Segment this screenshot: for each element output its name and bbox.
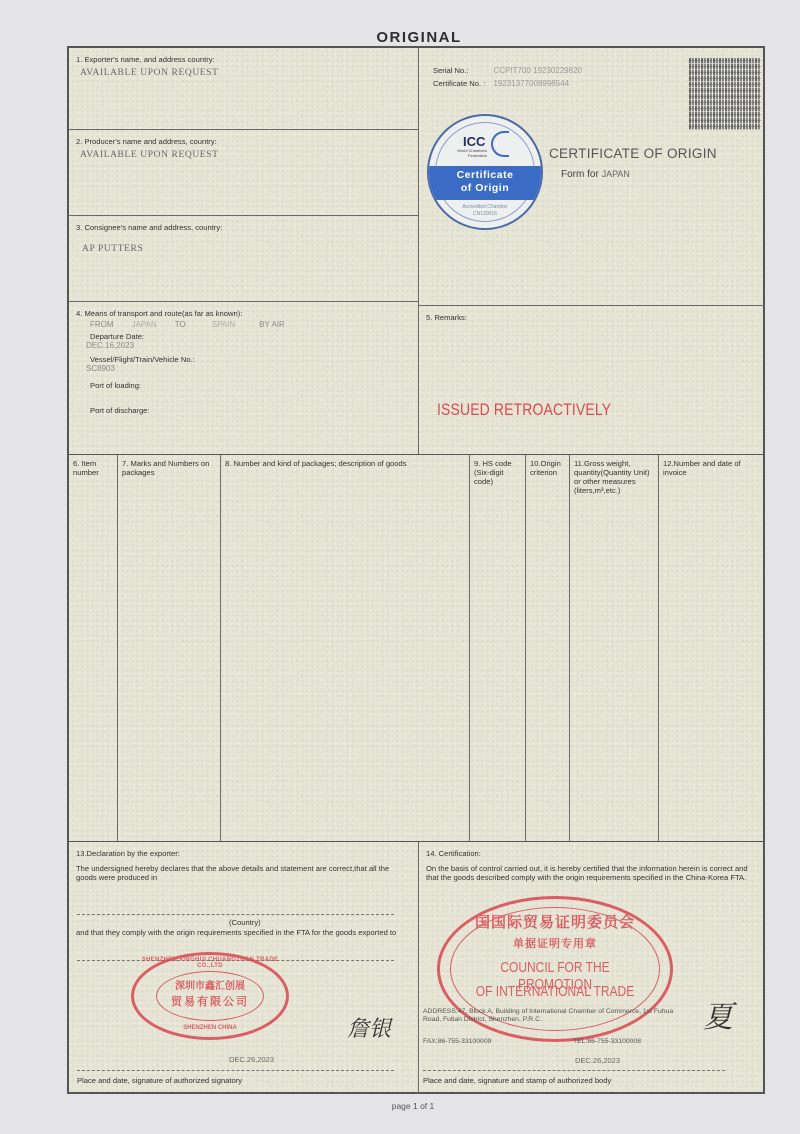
certification-label: 14. Certification: [426,849,759,858]
col-marks: 7. Marks and Numbers on packages [118,455,221,841]
exporter-declaration-box: 13.Declaration by the exporter: The unde… [69,842,419,1094]
certification-signature-line [423,1070,725,1071]
badge-bottom-line2: CN130016 [429,211,541,218]
producer-label: 2. Producer's name and address, country: [76,137,412,146]
exporter-label: 1. Exporter's name, and address country: [76,55,412,64]
vessel-value: SC8903 [86,364,412,373]
issued-retroactively-stamp: ISSUED RETROACTIVELY [437,400,611,420]
cert-no-value: 19231377008998544 [493,79,569,88]
goods-table: 6. Item number 7. Marks and Numbers on p… [69,454,765,842]
departure-label: Departure Date: [90,332,412,341]
ccpit-stamp-en2: OF INTERNATIONAL TRADE [463,983,647,1000]
col-header: 9. HS code (Six-digit code) [474,459,522,486]
vessel-label: Vessel/Flight/Train/Vehicle No.: [90,355,412,364]
company-stamp: SHENZHEN XINGHUI CHUANGZHAN TRADE CO.,LT… [131,952,289,1040]
declaration-text2: and that they comply with the origin req… [76,928,408,937]
declaration-text1: The undersigned hereby declares that the… [76,864,412,882]
to-value: SPAIN [212,320,235,329]
certifier-signature: 夏 [703,992,733,1036]
col-header: 12.Number and date of invoice [663,459,762,477]
col-header: 7. Marks and Numbers on packages [122,459,217,477]
country-label: (Country) [229,918,261,927]
company-stamp-bottom: SHENZHEN CHINA [134,1025,286,1031]
transport-label: 4. Means of transport and route(as far a… [76,309,412,318]
col-item-number: 6. Item number [69,455,118,841]
badge-band-line2: of Origin [429,182,541,195]
ccpit-tel: TEL:86-755-33100008 [573,1038,641,1046]
company-stamp-cn2: 贸易有限公司 [134,993,286,1009]
signature-line [77,1070,394,1071]
form-for-value: JAPAN [602,169,630,179]
exporter-box: 1. Exporter's name, and address country:… [69,48,419,130]
certificate-form: 1. Exporter's name, and address country:… [67,46,765,1094]
col-header: 10.Origin criterion [530,459,566,477]
consignee-box: 3. Consignee's name and address, country… [69,216,419,302]
col-header: 8. Number and kind of packages; descript… [225,459,466,468]
declaration-date: DEC.26,2023 [229,1055,274,1064]
col-invoice: 12.Number and date of invoice [659,455,765,841]
ccpit-address: ADDRESS:47, Block A, Building of Interna… [423,1008,679,1024]
declaration-footer-label: Place and date, signature of authorized … [77,1076,242,1085]
certification-text: On the basis of control carried out, it … [426,864,759,882]
badge-band: Certificate of Origin [429,166,541,200]
document-title: ORIGINAL [0,29,800,46]
certification-date: DEC.26,2023 [575,1056,620,1065]
mode-value: BY AIR [259,320,285,329]
certification-box: 14. Certification: On the basis of contr… [419,842,765,1094]
to-label: TO [175,320,186,329]
exporter-value: AVAILABLE UPON REQUEST [80,68,412,78]
exporter-signature: 詹银 [347,1012,391,1043]
ccpit-stamp-cn2: 单据证明专用章 [440,935,670,951]
col-hs-code: 9. HS code (Six-digit code) [470,455,526,841]
icc-sub: World Chambers Federation [447,148,487,158]
icc-logo: ICC [463,134,485,149]
cert-no-row: Certificate No. : 19231377008998544 [433,73,569,91]
producer-box: 2. Producer's name and address, country:… [69,130,419,216]
transport-box: 4. Means of transport and route(as far a… [69,302,419,454]
badge-bottom: Accredited Chamber CN130016 [429,204,541,217]
consignee-label: 3. Consignee's name and address, country… [76,223,412,232]
cert-no-label: Certificate No. : [433,79,489,88]
company-stamp-outer-text: SHENZHEN XINGHUI CHUANGZHAN TRADE CO.,LT… [134,957,286,969]
from-value: JAPAN [132,320,157,329]
consignee-value: AP PUTTERS [82,244,412,254]
qr-code-icon [689,58,761,130]
col-origin-criterion: 10.Origin criterion [526,455,570,841]
declaration-label: 13.Declaration by the exporter: [76,849,412,858]
col-gross-weight: 11.Gross weight, quantity(Quantity Unit)… [570,455,659,841]
certificate-header: Serial No.: CCPIT700 19230229820 Certifi… [419,48,765,306]
from-label: FROM [90,320,114,329]
country-line [77,914,394,915]
form-for: Form for JAPAN [561,169,630,180]
ccpit-fax: FAX:86-755-33100009 [423,1038,491,1046]
company-stamp-cn1: 深圳市鑫汇创展 [134,977,286,992]
remarks-box: 5. Remarks: ISSUED RETROACTIVELY [419,306,765,454]
port-discharge-label: Port of discharge: [90,406,412,415]
certification-footer-label: Place and date, signature and stamp of a… [423,1076,611,1085]
route-row: FROM JAPAN TO SPAIN BY AIR [90,320,412,329]
icc-badge: ICC World Chambers Federation Certificat… [427,114,543,230]
producer-value: AVAILABLE UPON REQUEST [80,150,412,160]
departure-value: DEC.16,2023 [86,341,412,350]
page-footer: page 1 of 1 [0,1101,800,1111]
badge-band-line1: Certificate [429,169,541,182]
certificate-title: CERTIFICATE OF ORIGIN [549,146,717,161]
col-header: 6. Item number [73,459,114,477]
ccpit-stamp-cn1: 国国际贸易证明委员会 [440,911,670,932]
port-loading-label: Port of loading: [90,381,412,390]
form-for-label: Form for [561,169,599,180]
remarks-label: 5. Remarks: [426,313,759,322]
col-description: 8. Number and kind of packages; descript… [221,455,470,841]
col-header: 11.Gross weight, quantity(Quantity Unit)… [574,459,655,495]
